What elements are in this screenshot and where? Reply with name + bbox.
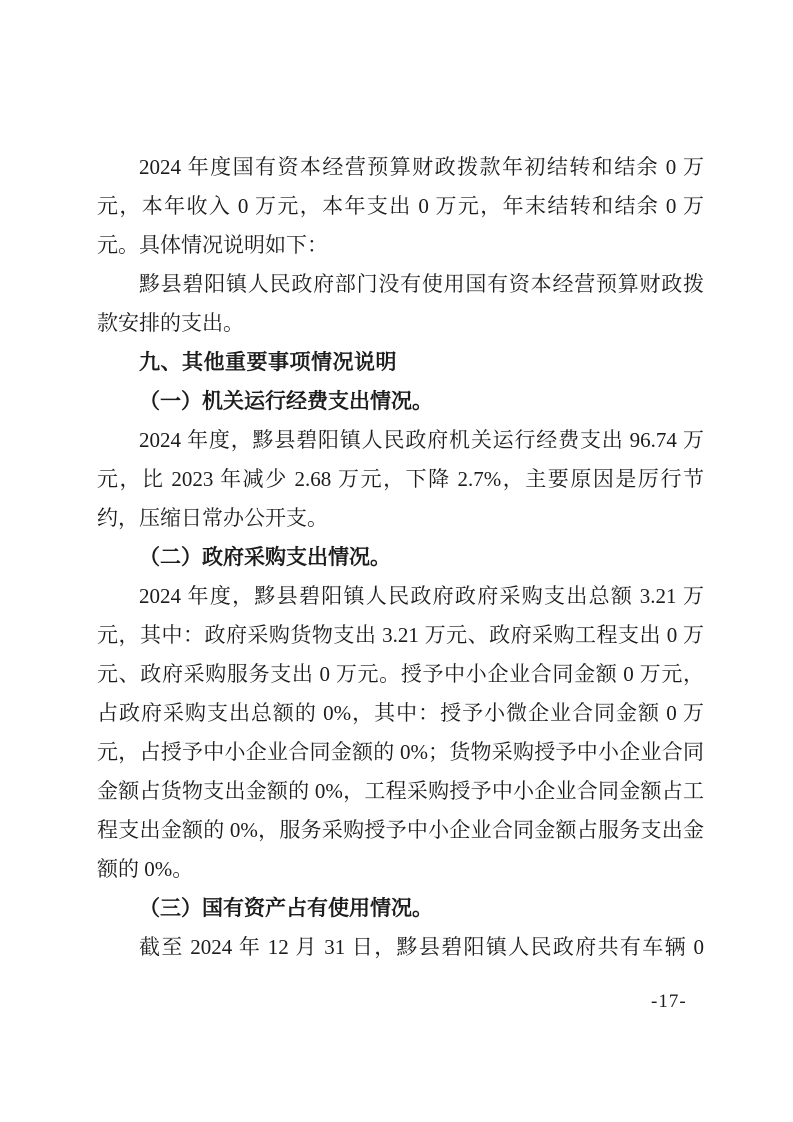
paragraph: 黟县碧阳镇人民政府部门没有使用国有资本经营预算财政拨款安排的支出。 [97, 265, 704, 343]
document-page: 2024 年度国有资本经营预算财政拨款年初结转和结余 0 万元，本年收入 0 万… [0, 0, 793, 1122]
section-heading: 九、其他重要事项情况说明 [97, 343, 704, 382]
page-number: -17- [651, 991, 687, 1013]
paragraph: 2024 年度国有资本经营预算财政拨款年初结转和结余 0 万元，本年收入 0 万… [97, 148, 704, 265]
paragraph: 2024 年度，黟县碧阳镇人民政府机关运行经费支出 96.74 万元，比 202… [97, 421, 704, 538]
paragraph: 截至 2024 年 12 月 31 日，黟县碧阳镇人民政府共有车辆 0 [97, 928, 704, 967]
section-heading: （三）国有资产占有使用情况。 [97, 889, 704, 928]
section-heading: （一）机关运行经费支出情况。 [97, 382, 704, 421]
document-content: 2024 年度国有资本经营预算财政拨款年初结转和结余 0 万元，本年收入 0 万… [97, 148, 704, 967]
paragraph: 2024 年度，黟县碧阳镇人民政府政府采购支出总额 3.21 万元，其中：政府采… [97, 577, 704, 889]
section-heading: （二）政府采购支出情况。 [97, 538, 704, 577]
